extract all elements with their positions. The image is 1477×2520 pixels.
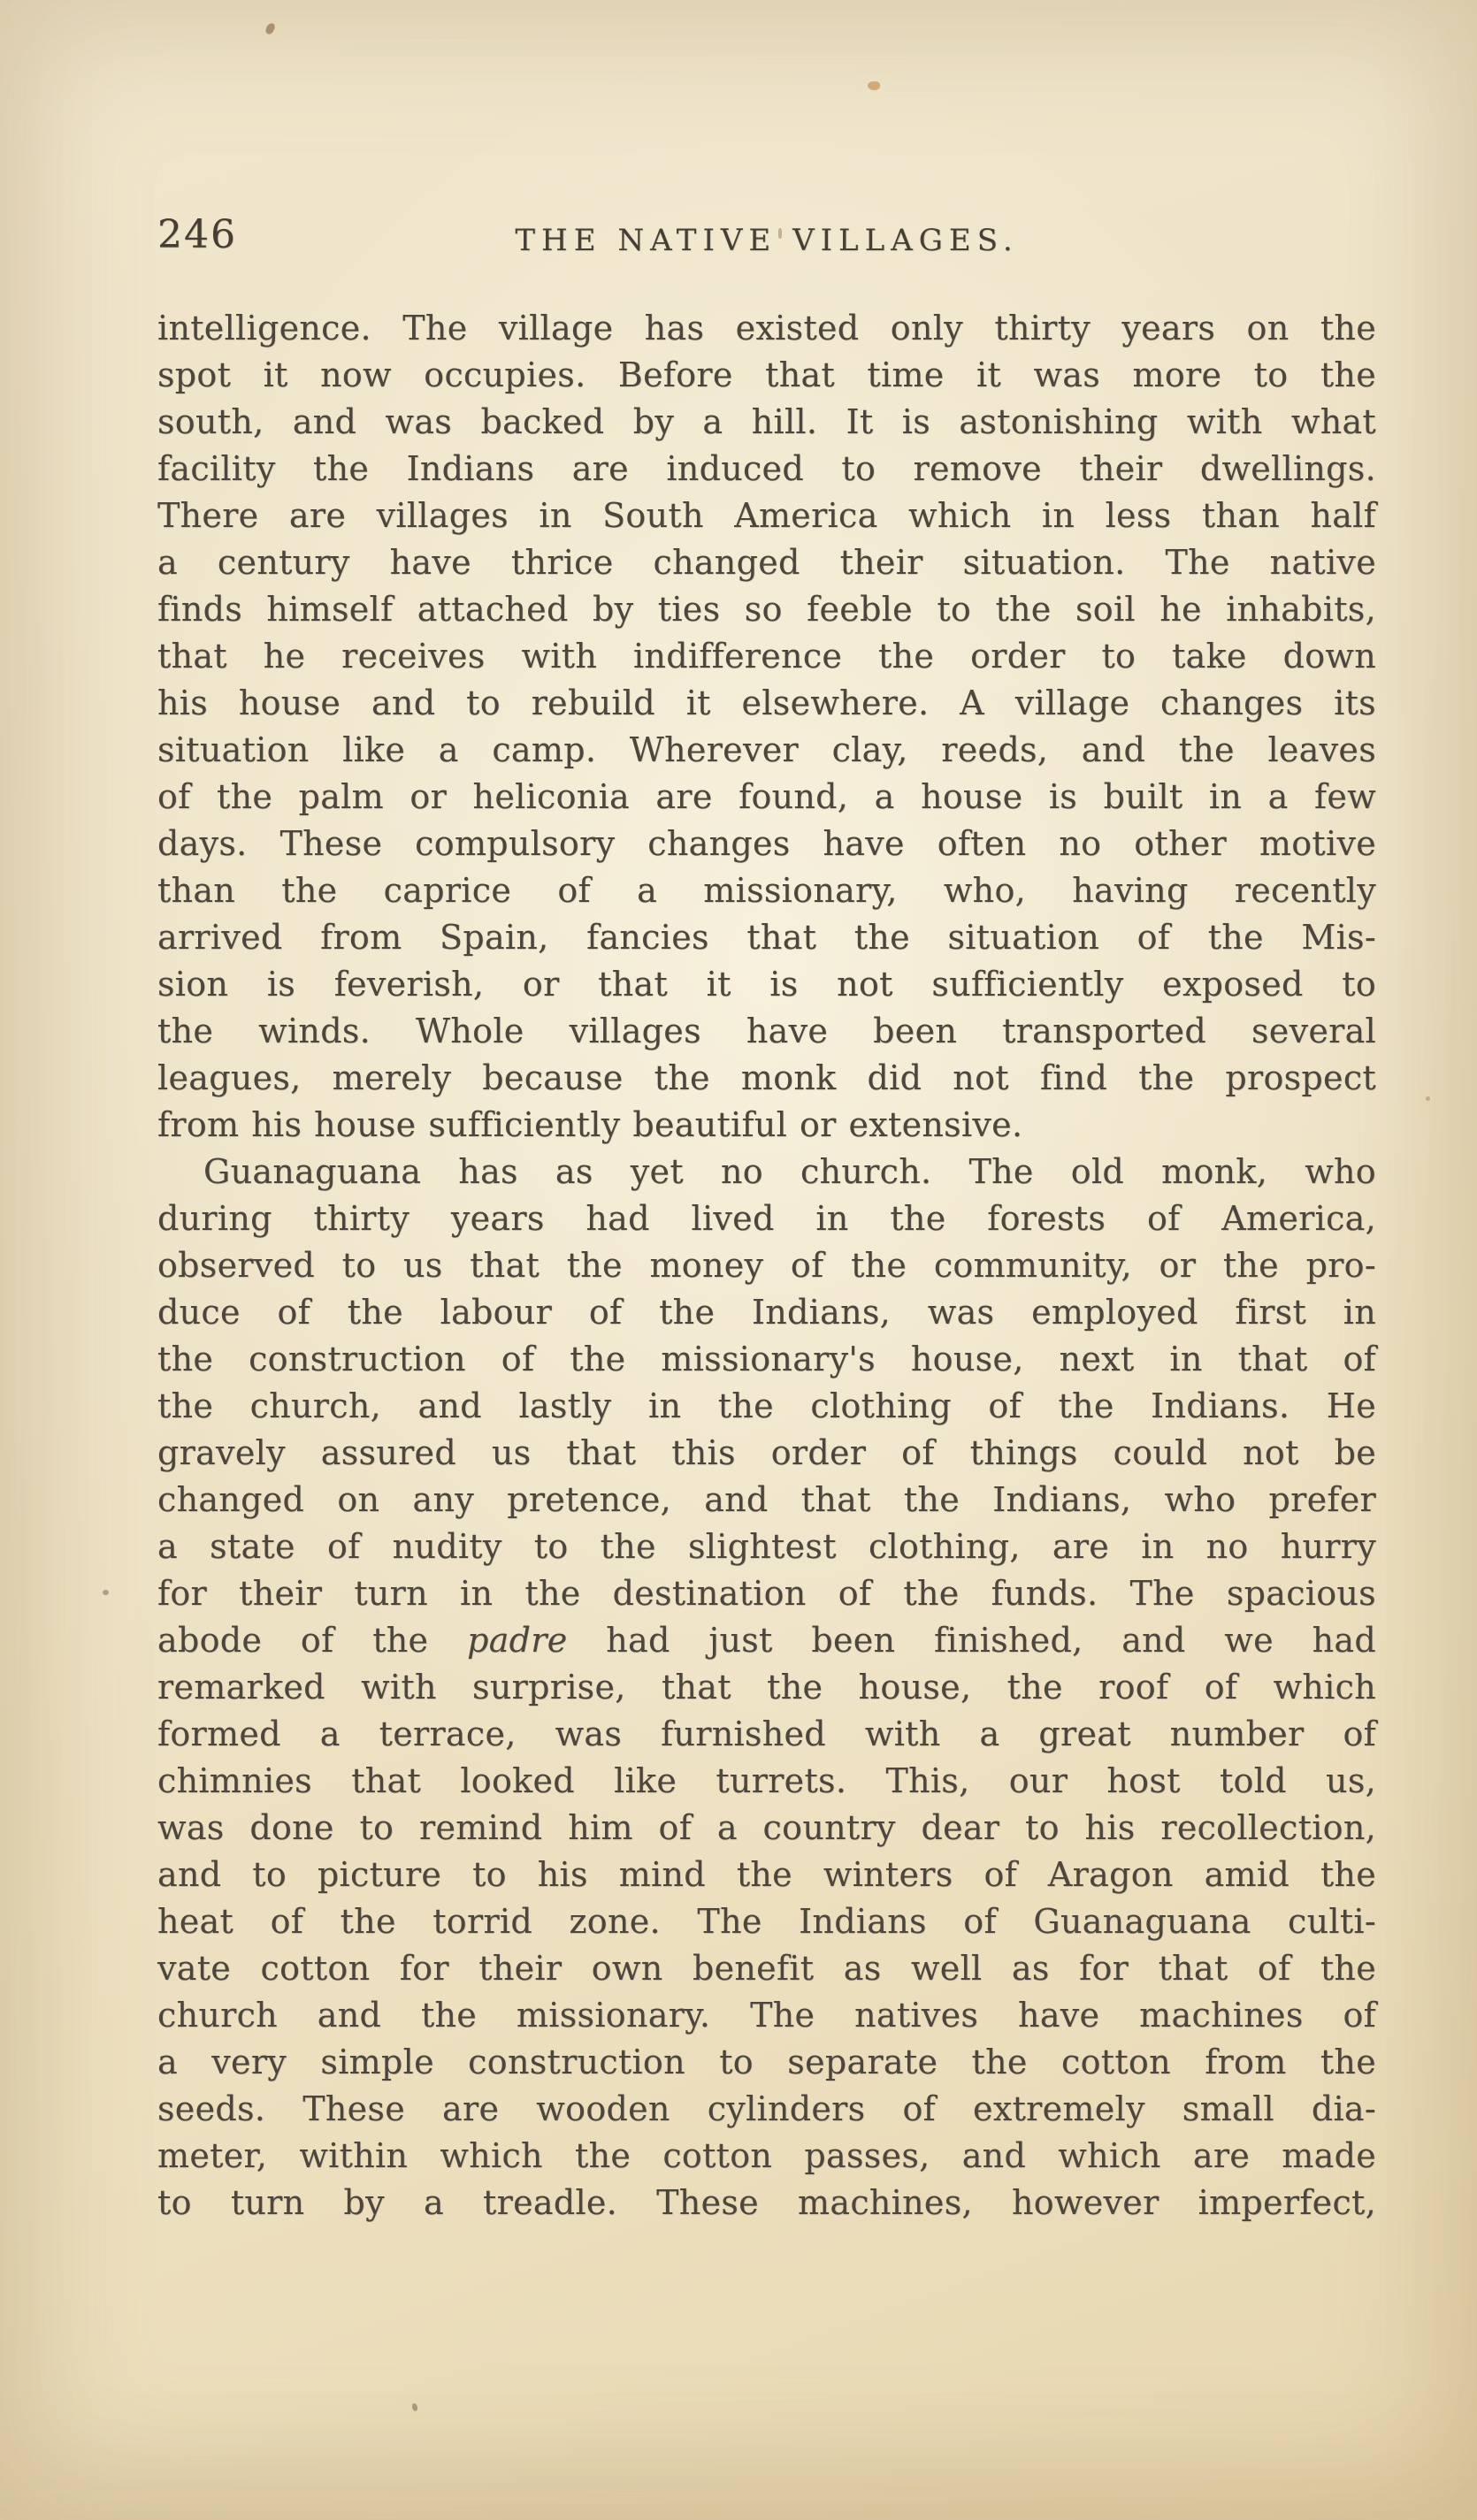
text-line: abode of the padre had just been finishe… bbox=[157, 1617, 1376, 1664]
text-segment: facility the Indians are induced to remo… bbox=[157, 449, 1376, 488]
text-segment: of the palm or heliconia are found, a ho… bbox=[157, 777, 1376, 816]
text-segment: situation like a camp. Wherever clay, re… bbox=[157, 730, 1376, 769]
paper-speck bbox=[1426, 1096, 1430, 1101]
text-segment: abode of the bbox=[157, 1621, 467, 1660]
text-segment: than the caprice of a missionary, who, h… bbox=[157, 871, 1376, 910]
text-segment: There are villages in South America whic… bbox=[157, 496, 1376, 535]
text-segment: south, and was backed by a hill. It is a… bbox=[157, 402, 1376, 441]
text-segment: vate cotton for their own benefit as wel… bbox=[157, 1949, 1376, 1988]
text-segment: arrived from Spain, fancies that the sit… bbox=[157, 918, 1376, 957]
text-line: observed to us that the money of the com… bbox=[157, 1242, 1376, 1289]
text-line: a century have thrice changed their situ… bbox=[157, 539, 1376, 586]
text-segment: formed a terrace, was furnished with a g… bbox=[157, 1714, 1376, 1753]
text-line: meter, within which the cotton passes, a… bbox=[157, 2133, 1376, 2180]
body-text: intelligence. The village has existed on… bbox=[157, 305, 1376, 2226]
text-segment: duce of the labour of the Indians, was e… bbox=[157, 1293, 1376, 1332]
text-line: for their turn in the destination of the… bbox=[157, 1570, 1376, 1617]
text-line: a very simple construction to separate t… bbox=[157, 2039, 1376, 2086]
text-line: during thirty years had lived in the for… bbox=[157, 1195, 1376, 1242]
text-line: sion is feverish, or that it is not suff… bbox=[157, 961, 1376, 1008]
running-header-title: THE NATIVE VILLAGES. bbox=[157, 221, 1376, 260]
text-segment: the winds. Whole villages have been tran… bbox=[157, 1012, 1376, 1050]
text-line: days. These compulsory changes have ofte… bbox=[157, 821, 1376, 867]
text-segment: to turn by a treadle. These machines, ho… bbox=[157, 2183, 1376, 2222]
text-line: gravely assured us that this order of th… bbox=[157, 1430, 1376, 1477]
text-line: intelligence. The village has existed on… bbox=[157, 305, 1376, 352]
text-line: situation like a camp. Wherever clay, re… bbox=[157, 727, 1376, 774]
text-segment: and to picture to his mind the winters o… bbox=[157, 1855, 1376, 1894]
text-segment: remarked with surprise, that the house, … bbox=[157, 1668, 1376, 1707]
text-line: formed a terrace, was furnished with a g… bbox=[157, 1711, 1376, 1758]
text-segment: from his house sufficiently beautiful or… bbox=[157, 1105, 1022, 1144]
text-line: facility the Indians are induced to remo… bbox=[157, 446, 1376, 493]
text-segment: gravely assured us that this order of th… bbox=[157, 1433, 1376, 1472]
text-line: changed on any pretence, and that the In… bbox=[157, 1477, 1376, 1523]
text-segment: that he receives with indifference the o… bbox=[157, 637, 1376, 676]
text-line: that he receives with indifference the o… bbox=[157, 633, 1376, 680]
text-line: spot it now occupies. Before that time i… bbox=[157, 352, 1376, 399]
text-line: heat of the torrid zone. The Indians of … bbox=[157, 1898, 1376, 1945]
text-line: and to picture to his mind the winters o… bbox=[157, 1852, 1376, 1898]
text-segment: changed on any pretence, and that the In… bbox=[157, 1480, 1376, 1519]
text-segment: heat of the torrid zone. The Indians of … bbox=[157, 1902, 1376, 1941]
text-segment: the construction of the missionary's hou… bbox=[157, 1340, 1376, 1378]
book-page: 246 THE NATIVE VILLAGES. intelligence. T… bbox=[0, 0, 1477, 2520]
text-segment: sion is feverish, or that it is not suff… bbox=[157, 965, 1376, 1004]
text-line: church and the missionary. The natives h… bbox=[157, 1992, 1376, 2039]
text-line: of the palm or heliconia are found, a ho… bbox=[157, 774, 1376, 821]
text-segment: during thirty years had lived in the for… bbox=[157, 1199, 1376, 1238]
text-segment: observed to us that the money of the com… bbox=[157, 1246, 1376, 1285]
text-line: leagues, merely because the monk did not… bbox=[157, 1055, 1376, 1102]
paper-speck bbox=[103, 1590, 109, 1595]
text-segment: for their turn in the destination of the… bbox=[157, 1574, 1376, 1613]
text-segment: church and the missionary. The natives h… bbox=[157, 1996, 1376, 2035]
text-segment: a very simple construction to separate t… bbox=[157, 2043, 1376, 2081]
text-line: the church, and lastly in the clothing o… bbox=[157, 1383, 1376, 1430]
text-line: There are villages in South America whic… bbox=[157, 493, 1376, 539]
text-line: seeds. These are wooden cylinders of ext… bbox=[157, 2086, 1376, 2133]
text-segment: spot it now occupies. Before that time i… bbox=[157, 355, 1376, 394]
text-segment: a century have thrice changed their situ… bbox=[157, 543, 1376, 582]
text-segment: leagues, merely because the monk did not… bbox=[157, 1058, 1376, 1097]
text-line: chimnies that looked like turrets. This,… bbox=[157, 1758, 1376, 1805]
text-line: to turn by a treadle. These machines, ho… bbox=[157, 2180, 1376, 2226]
text-line: finds himself attached by ties so feeble… bbox=[157, 586, 1376, 633]
text-line: than the caprice of a missionary, who, h… bbox=[157, 867, 1376, 914]
text-line: vate cotton for their own benefit as wel… bbox=[157, 1945, 1376, 1992]
text-segment: meter, within which the cotton passes, a… bbox=[157, 2136, 1376, 2175]
text-segment: finds himself attached by ties so feeble… bbox=[157, 590, 1376, 629]
text-line: the winds. Whole villages have been tran… bbox=[157, 1008, 1376, 1055]
text-segment: chimnies that looked like turrets. This,… bbox=[157, 1761, 1376, 1800]
text-segment: had just been finished, and we had bbox=[568, 1621, 1376, 1660]
text-segment: the church, and lastly in the clothing o… bbox=[157, 1386, 1376, 1425]
text-line: the construction of the missionary's hou… bbox=[157, 1336, 1376, 1383]
text-line: duce of the labour of the Indians, was e… bbox=[157, 1289, 1376, 1336]
paper-speck bbox=[264, 22, 276, 35]
text-line: remarked with surprise, that the house, … bbox=[157, 1664, 1376, 1711]
text-segment: days. These compulsory changes have ofte… bbox=[157, 824, 1376, 863]
text-line: his house and to rebuild it elsewhere. A… bbox=[157, 680, 1376, 727]
paper-speck bbox=[411, 2402, 418, 2411]
text-line: arrived from Spain, fancies that the sit… bbox=[157, 914, 1376, 961]
text-line: from his house sufficiently beautiful or… bbox=[157, 1102, 1376, 1149]
italic-word: padre bbox=[467, 1621, 567, 1660]
text-line: south, and was backed by a hill. It is a… bbox=[157, 399, 1376, 446]
text-segment: Guanaguana has as yet no church. The old… bbox=[203, 1152, 1376, 1191]
text-line: was done to remind him of a country dear… bbox=[157, 1805, 1376, 1852]
text-line: Guanaguana has as yet no church. The old… bbox=[157, 1149, 1376, 1195]
text-segment: was done to remind him of a country dear… bbox=[157, 1808, 1376, 1847]
text-segment: his house and to rebuild it elsewhere. A… bbox=[157, 683, 1376, 722]
text-segment: intelligence. The village has existed on… bbox=[157, 309, 1376, 347]
paper-speck bbox=[868, 81, 880, 90]
text-segment: seeds. These are wooden cylinders of ext… bbox=[157, 2089, 1376, 2128]
text-line: a state of nudity to the slightest cloth… bbox=[157, 1523, 1376, 1570]
text-segment: a state of nudity to the slightest cloth… bbox=[157, 1527, 1376, 1566]
